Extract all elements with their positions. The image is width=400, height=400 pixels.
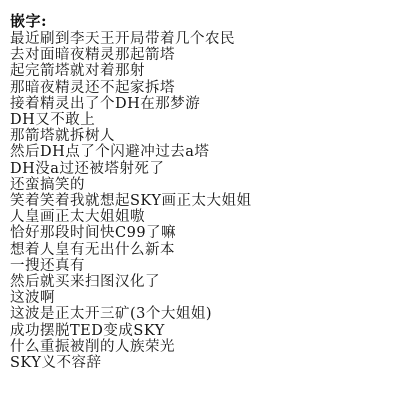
text-line: SKY义不容辞 — [10, 355, 394, 371]
text-line: 想着人皇有无出什么新本 — [10, 242, 394, 258]
text-line: 那箭塔就拆树人 — [10, 128, 394, 144]
text-line: 那暗夜精灵还不起家拆塔 — [10, 80, 394, 96]
text-line: DH又不敢上 — [10, 112, 394, 128]
text-line: 这波啊 — [10, 290, 394, 306]
text-line: DH没a过还被塔射死了 — [10, 161, 394, 177]
text-block: 嵌字: 最近刷到李天王开局带着几个农民 去对面暗夜精灵那起箭塔 起完箭塔就对着那… — [10, 12, 394, 371]
text-line: 这波是正太开三矿(3个大姐姐) — [10, 306, 394, 322]
text-line: 什么重振被削的人族荣光 — [10, 339, 394, 355]
text-line: 成功摆脱TED变成SKY — [10, 323, 394, 339]
text-line: 最近刷到李天王开局带着几个农民 — [10, 31, 394, 47]
text-line: 起完箭塔就对着那射 — [10, 63, 394, 79]
text-line: 去对面暗夜精灵那起箭塔 — [10, 47, 394, 63]
text-line: 一搜还真有 — [10, 258, 394, 274]
text-line: 恰好那段时间快C99了嘛 — [10, 225, 394, 241]
text-line: 笑着笑着我就想起SKY画正太大姐姐 — [10, 193, 394, 209]
text-line: 然后DH点了个闪避冲过去a塔 — [10, 144, 394, 160]
text-line: 人皇画正太大姐姐嗷 — [10, 209, 394, 225]
text-line: 还蛮搞笑的 — [10, 177, 394, 193]
text-page: 嵌字: 最近刷到李天王开局带着几个农民 去对面暗夜精灵那起箭塔 起完箭塔就对着那… — [0, 0, 400, 400]
text-line: 接着精灵出了个DH在那梦游 — [10, 96, 394, 112]
text-line: 然后就买来扫图汉化了 — [10, 274, 394, 290]
heading: 嵌字: — [10, 12, 394, 31]
